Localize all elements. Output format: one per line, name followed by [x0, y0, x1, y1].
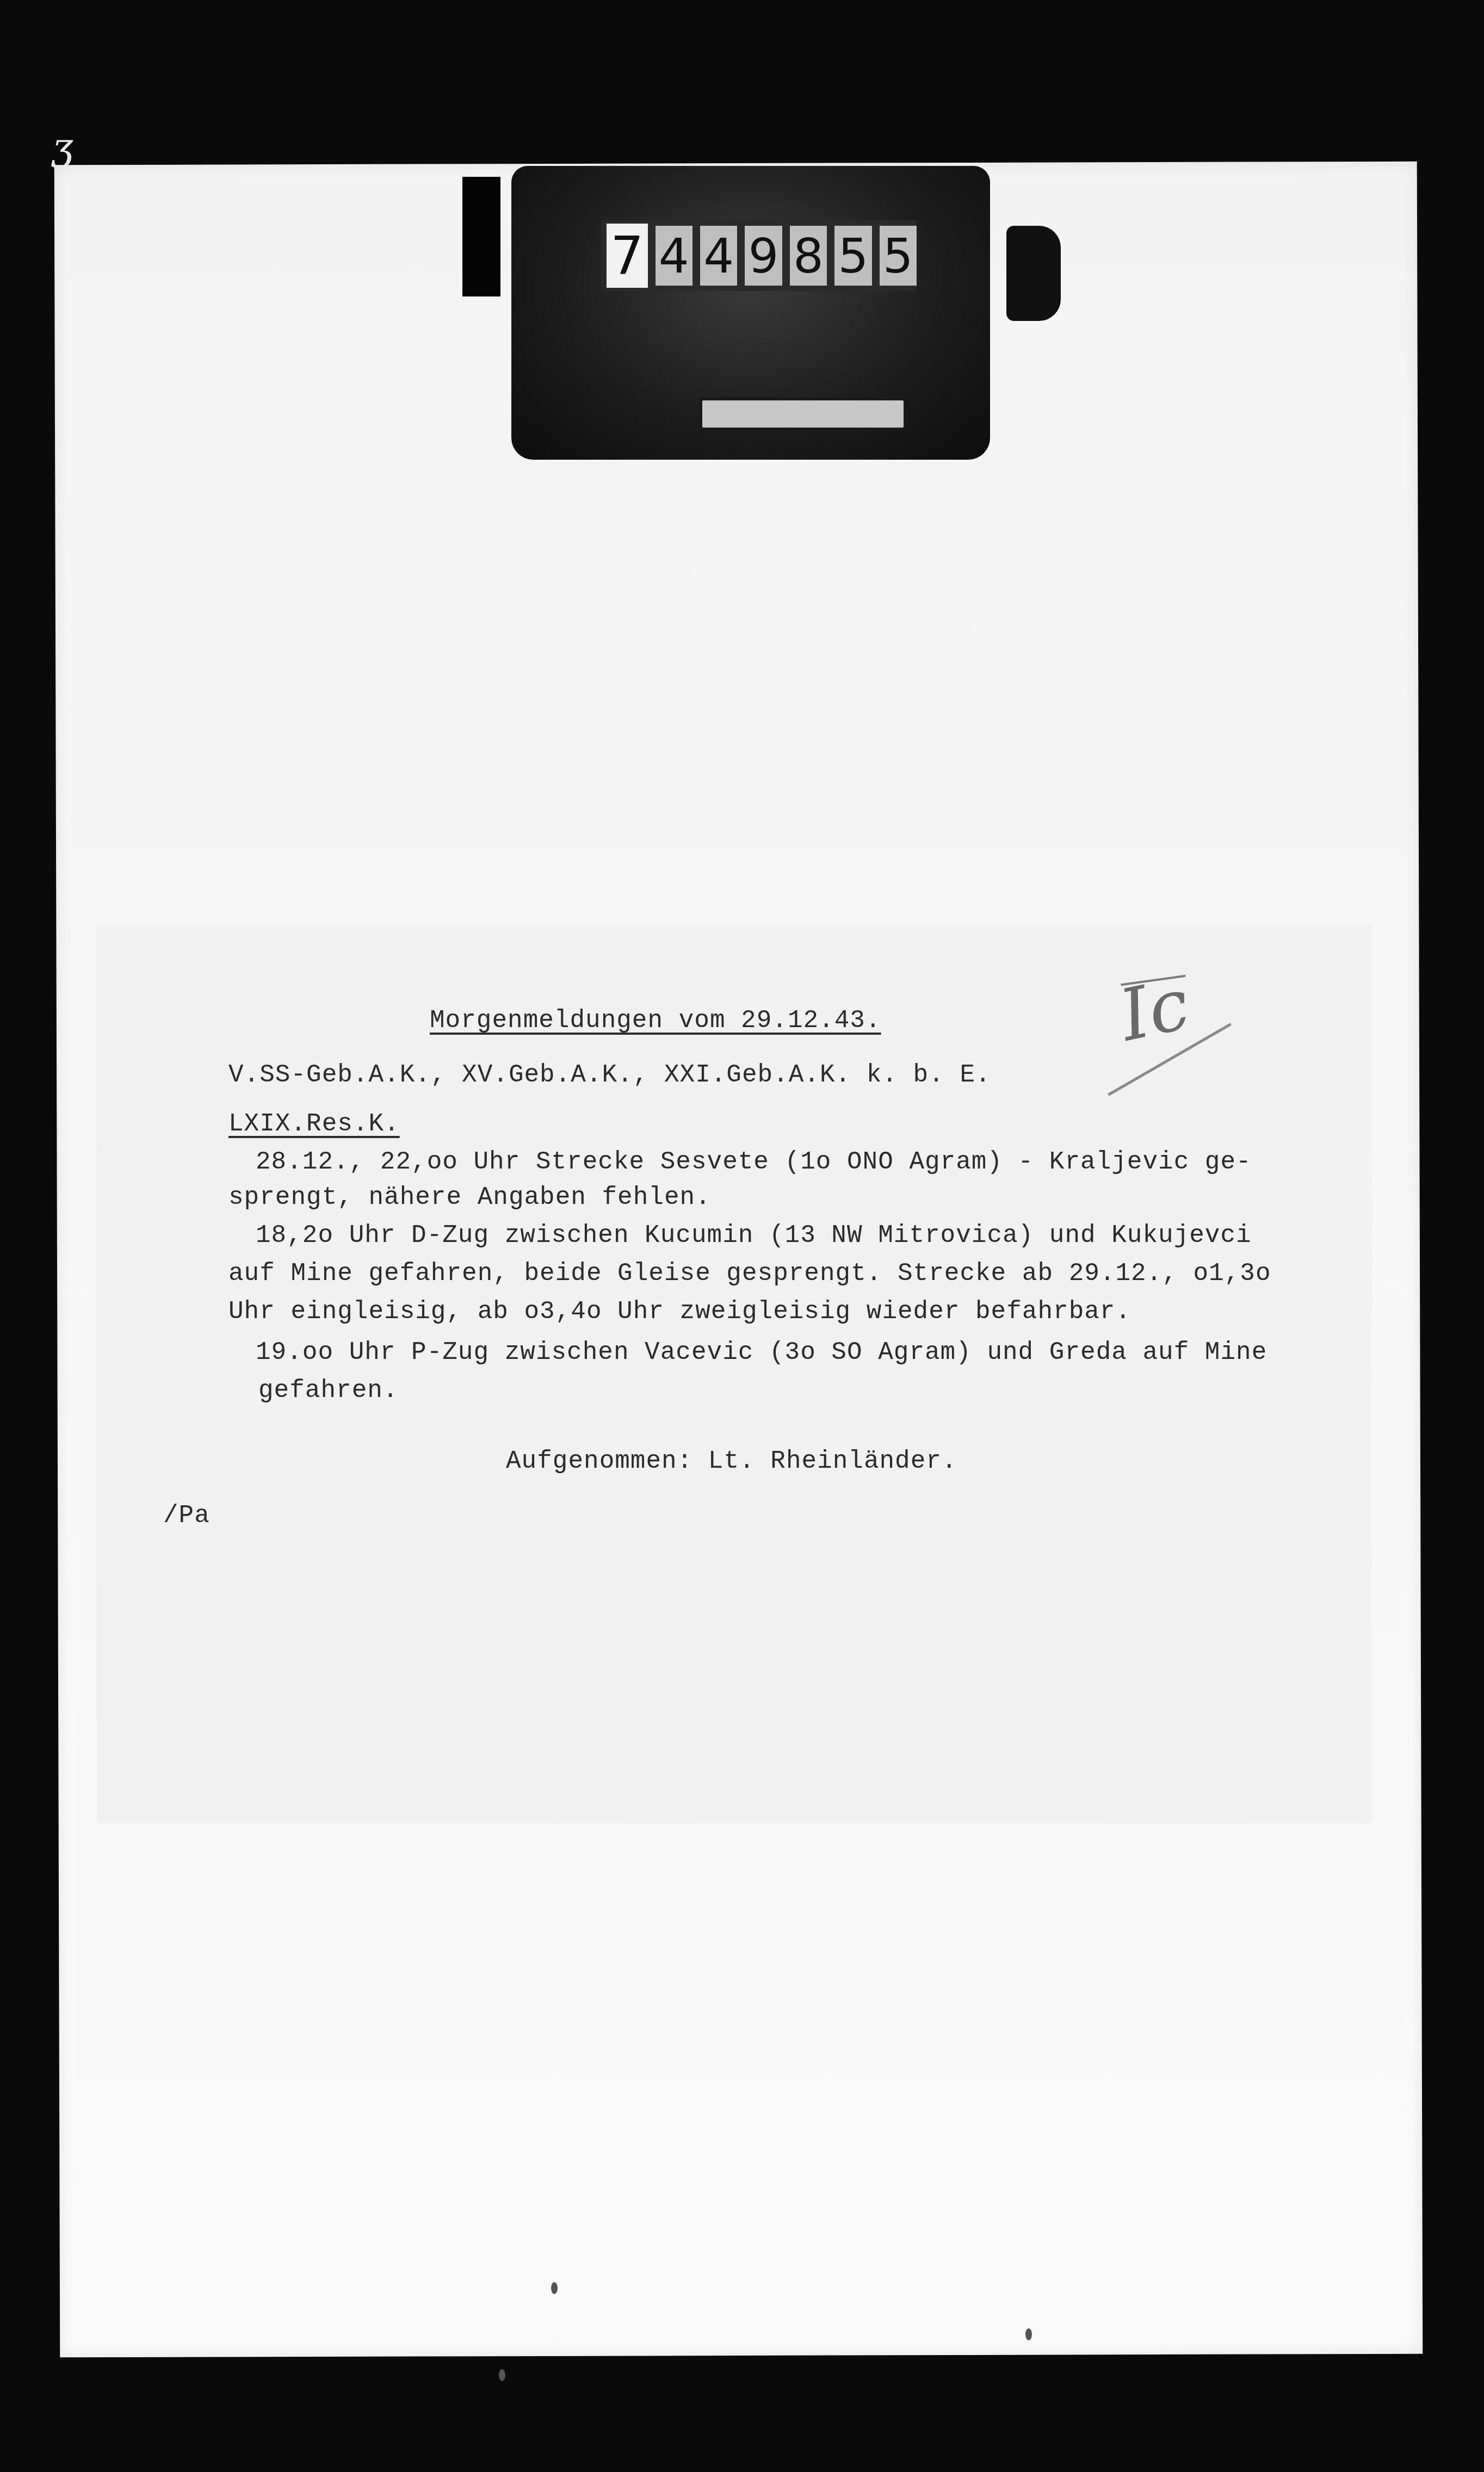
counter-display: 7 4 4 9 8 5 5: [601, 220, 917, 291]
counter-digit: 4: [656, 226, 692, 286]
counter-digit: 5: [880, 226, 917, 286]
report-line: 18,2o Uhr D-Zug zwischen Kucumin (13 NW …: [256, 1221, 1252, 1250]
section-heading: LXIX.Res.K.: [228, 1110, 400, 1138]
typist-initials: /Pa: [163, 1501, 210, 1530]
signature-line: Aufgenommen: Lt. Rheinländer.: [506, 1447, 957, 1475]
paper-speck: [499, 2369, 505, 2381]
paper-speck: [1025, 2328, 1032, 2340]
report-line: Uhr eingleisig, ab o3,4o Uhr zweigleisig…: [228, 1297, 1131, 1326]
counter-digit: 5: [834, 226, 871, 286]
frame-corner-mark: ʒ: [52, 124, 70, 169]
report-line: sprengt, nähere Angaben fehlen.: [228, 1183, 711, 1212]
counter-housing: 7 4 4 9 8 5 5: [511, 166, 990, 460]
report-line: gefahren.: [258, 1376, 398, 1405]
counter-digit: 8: [790, 226, 827, 286]
counter-mount: [462, 177, 500, 296]
counter-digit: 7: [607, 224, 648, 288]
frame-counter-device: 7 4 4 9 8 5 5: [462, 166, 1077, 462]
report-line: auf Mine gefahren, beide Gleise gespreng…: [228, 1259, 1271, 1288]
counter-digit: 4: [700, 226, 737, 286]
counter-knob: [1006, 226, 1061, 321]
corps-line: V.SS-Geb.A.K., XV.Geb.A.K., XXI.Geb.A.K.…: [228, 1061, 991, 1089]
report-line: 28.12., 22,oo Uhr Strecke Sesvete (1o ON…: [256, 1148, 1252, 1176]
report-slip: [98, 925, 1371, 1822]
document-title: Morgenmeldungen vom 29.12.43.: [430, 1006, 881, 1035]
report-line: 19.oo Uhr P-Zug zwischen Vacevic (3o SO …: [256, 1338, 1267, 1367]
counter-digit: 9: [745, 226, 782, 286]
paper-speck: [551, 2282, 558, 2294]
counter-slot: [699, 397, 907, 431]
